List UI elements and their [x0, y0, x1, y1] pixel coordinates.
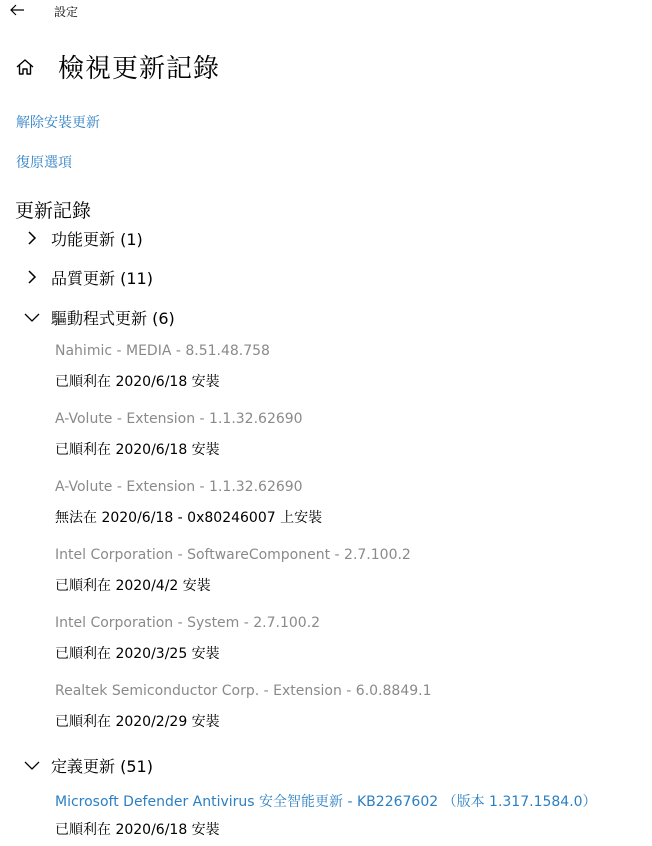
group-feature-updates[interactable]: 功能更新 (1): [24, 226, 143, 250]
driver-update-status: 無法在 2020/6/18 - 0x80246007 上安裝: [55, 507, 322, 527]
group-label: 驅動程式更新 (6): [51, 306, 175, 329]
group-label: 品質更新 (11): [51, 266, 153, 289]
driver-update-name: Realtek Semiconductor Corp. - Extension …: [55, 683, 432, 699]
arrow-left-icon: [8, 1, 26, 19]
driver-update-status: 已順利在 2020/2/29 安裝: [55, 711, 220, 731]
driver-update-name: Intel Corporation - System - 2.7.100.2: [55, 615, 320, 631]
group-label: 定義更新 (51): [51, 754, 153, 777]
update-history-heading: 更新記錄: [15, 196, 91, 223]
definition-update-status: 已順利在 2020/6/18 安裝: [55, 819, 220, 839]
chevron-right-icon: [24, 230, 40, 246]
driver-update-name: Intel Corporation - SoftwareComponent - …: [55, 547, 411, 563]
uninstall-updates-link[interactable]: 解除安裝更新: [16, 112, 100, 132]
driver-update-name: A-Volute - Extension - 1.1.32.62690: [55, 479, 303, 495]
driver-update-name: A-Volute - Extension - 1.1.32.62690: [55, 411, 303, 427]
group-driver-updates[interactable]: 驅動程式更新 (6): [24, 305, 175, 329]
recovery-options-link[interactable]: 復原選項: [16, 152, 72, 172]
chevron-right-icon: [24, 269, 40, 285]
app-title: 設定: [54, 3, 78, 20]
driver-update-status: 已順利在 2020/6/18 安裝: [55, 371, 220, 391]
group-label: 功能更新 (1): [51, 227, 143, 250]
page-title: 檢視更新記錄: [58, 48, 220, 85]
driver-update-name: Nahimic - MEDIA - 8.51.48.758: [55, 343, 270, 359]
home-icon: [15, 57, 35, 77]
chevron-down-icon: [24, 309, 40, 325]
group-quality-updates[interactable]: 品質更新 (11): [24, 265, 153, 289]
chevron-down-icon: [24, 757, 40, 773]
back-button[interactable]: [8, 1, 26, 19]
definition-update-link[interactable]: Microsoft Defender Antivirus 安全智能更新 - KB…: [55, 791, 597, 811]
driver-update-status: 已順利在 2020/6/18 安裝: [55, 439, 220, 459]
driver-update-status: 已順利在 2020/3/25 安裝: [55, 643, 220, 663]
driver-update-status: 已順利在 2020/4/2 安裝: [55, 575, 211, 595]
group-definition-updates[interactable]: 定義更新 (51): [24, 753, 153, 777]
